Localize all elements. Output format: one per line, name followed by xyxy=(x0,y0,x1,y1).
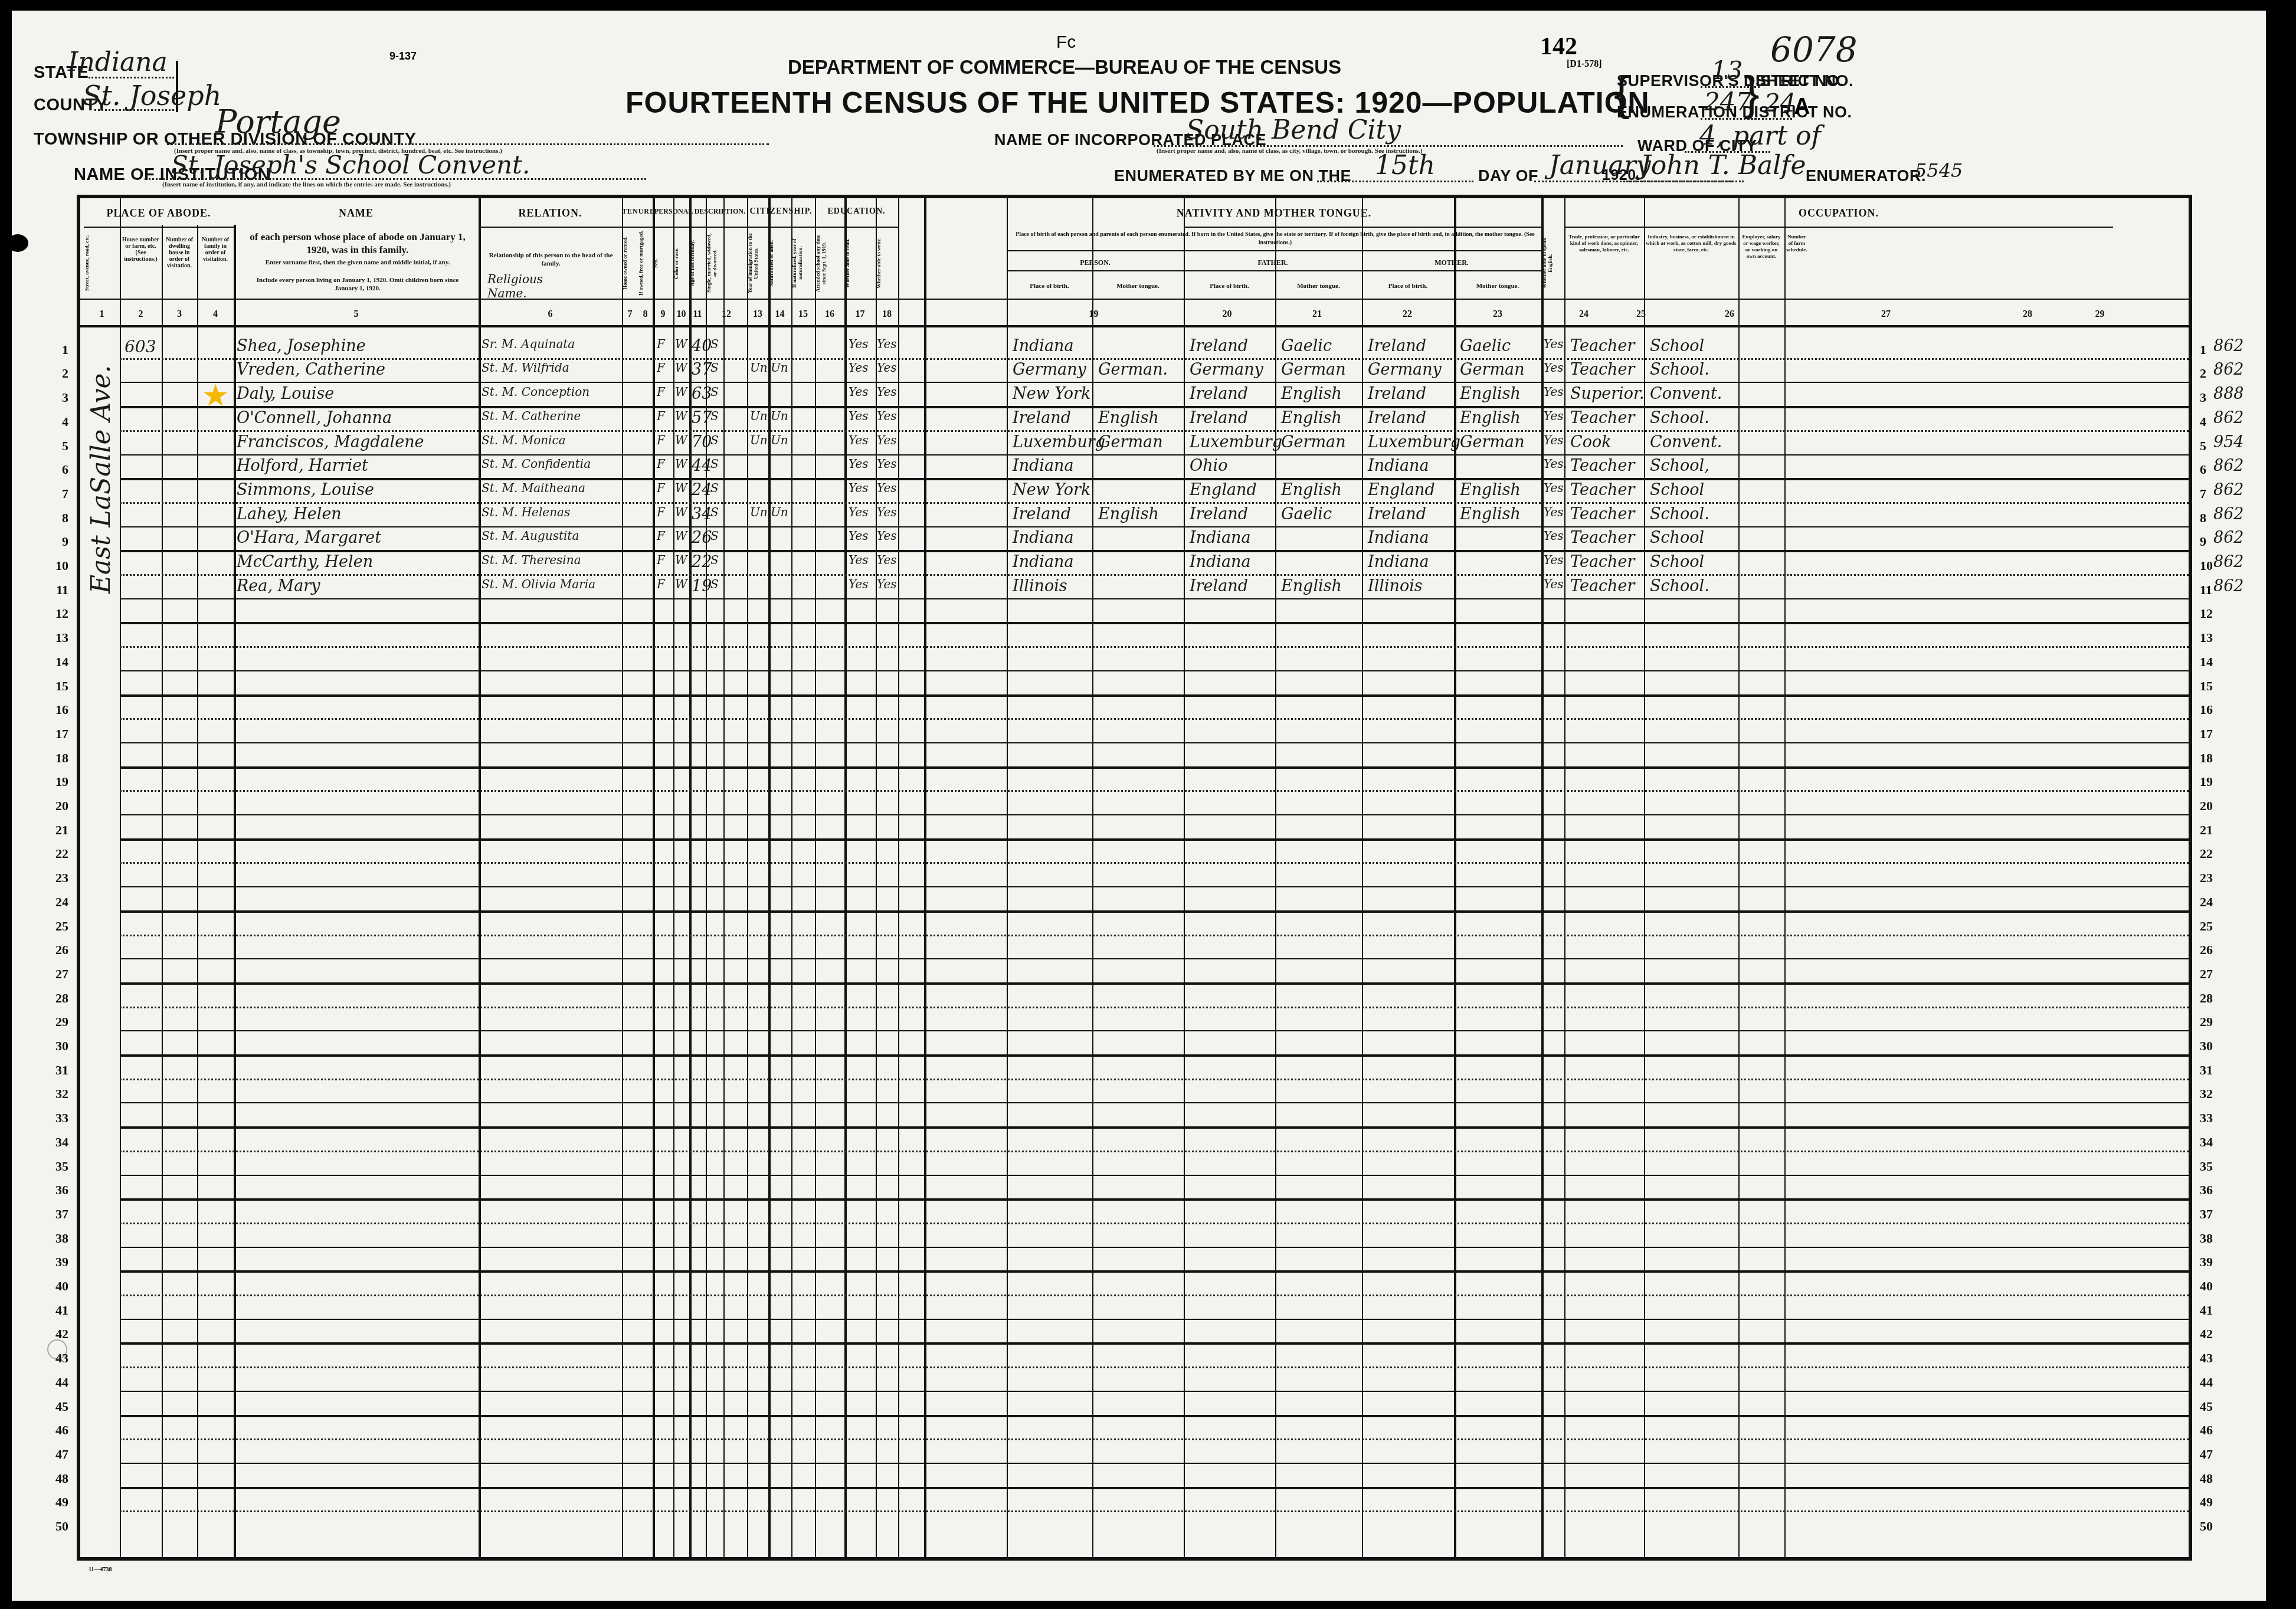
speaks-english-cell: Yes xyxy=(1544,409,1564,423)
punch-hole xyxy=(7,234,28,252)
line-number-right: 30 xyxy=(2200,1038,2223,1054)
line-number: 19 xyxy=(45,774,68,789)
write-cell: Yes. xyxy=(877,433,900,447)
column-number: 1 xyxy=(84,309,120,320)
group-underline xyxy=(1184,227,1541,228)
mother-birthplace-cell: England xyxy=(1368,481,1435,499)
line-number: 18 xyxy=(45,751,68,766)
industry-cell: School xyxy=(1650,337,1704,355)
line-number: 38 xyxy=(45,1231,68,1246)
column-number: 19 xyxy=(1007,309,1181,320)
supervisor-value: 13 xyxy=(1711,56,1743,85)
row-line xyxy=(120,526,2189,527)
birthplace-cell: Indiana xyxy=(1013,337,1074,355)
column-divider xyxy=(815,198,816,1557)
enumerator-label: ENUMERATOR. xyxy=(1806,167,1926,185)
speaks-english-cell: Yes xyxy=(1544,385,1564,399)
read-cell: Yes xyxy=(849,481,869,495)
father-birthplace-cell: Ireland xyxy=(1190,505,1248,523)
column-divider xyxy=(1184,198,1185,1557)
line-number-right: 38 xyxy=(2200,1231,2223,1246)
line-number: 33 xyxy=(45,1110,68,1126)
line-number-right: 45 xyxy=(2200,1399,2223,1414)
row-line xyxy=(120,1510,2189,1512)
relation-cell: Sr. M. Aquinata xyxy=(482,337,575,351)
column-label-c19: Place of birth. xyxy=(1007,282,1092,290)
institution-hint: (Insert name of institution, if any, and… xyxy=(162,181,451,188)
row-line xyxy=(120,1366,2189,1368)
mother-mother-tongue-cell: English xyxy=(1460,385,1521,403)
line-number: 17 xyxy=(45,726,68,742)
group-underline xyxy=(479,227,622,228)
mother-birthplace-cell: Indiana xyxy=(1368,553,1429,571)
row-line xyxy=(120,550,2189,552)
row-line xyxy=(120,670,2189,671)
birthplace-cell: New York xyxy=(1013,385,1090,403)
column-divider xyxy=(723,198,725,1557)
mother-birthplace-cell: Ireland xyxy=(1368,385,1426,403)
line-number-right: 22 xyxy=(2200,846,2223,861)
read-cell: Yes xyxy=(849,505,869,519)
write-cell: Yes xyxy=(877,385,897,399)
column-label-c22: Mother tongue. xyxy=(1275,282,1362,290)
trade-cell: Teacher xyxy=(1570,409,1635,427)
sex-cell: F xyxy=(657,505,665,519)
immigration-cell: Un xyxy=(750,409,768,423)
race-cell: W xyxy=(675,577,687,591)
row-line xyxy=(120,838,2189,841)
township-value: Portage xyxy=(215,103,341,140)
line-number: 27 xyxy=(45,966,68,982)
row-line xyxy=(120,1438,2189,1440)
column-number: 13 xyxy=(747,309,768,320)
line-number: 6 xyxy=(45,462,68,477)
line-number-right: 25 xyxy=(2200,919,2223,934)
birthplace-cell: Indiana xyxy=(1013,529,1074,547)
column-number: 16 xyxy=(815,309,844,320)
father-tongue-cell: German xyxy=(1281,361,1346,379)
occupation-code-cell: 862 xyxy=(2213,409,2244,427)
column-number: 7 xyxy=(622,309,638,320)
mother-birthplace-cell: Ireland xyxy=(1368,505,1426,523)
birthplace-cell: Germany xyxy=(1013,361,1086,379)
father-birthplace-cell: Ireland xyxy=(1190,337,1248,355)
row-line xyxy=(120,1223,2189,1224)
line-number: 45 xyxy=(45,1399,68,1414)
immigration-cell: Un xyxy=(750,505,768,519)
column-label-c20: Mother tongue. xyxy=(1092,282,1184,290)
occupation-code-cell: 862 xyxy=(2213,505,2244,523)
column-number: 21 xyxy=(1273,309,1361,320)
column-label-c17: Whether able to read. xyxy=(844,231,876,296)
column-label-c14: Naturalized or alien. xyxy=(768,231,791,296)
speaks-english-cell: Yes xyxy=(1544,361,1564,375)
industry-cell: School xyxy=(1650,481,1704,499)
trade-cell: Teacher xyxy=(1570,457,1635,475)
column-divider xyxy=(844,198,847,1557)
sex-cell: F xyxy=(657,457,665,471)
column-number: 25 xyxy=(1626,309,1656,320)
name-cell: Franciscos, Magdalene xyxy=(237,433,424,451)
column-label-c28: Employer, salary or wage worker, or work… xyxy=(1740,234,1783,260)
row-line xyxy=(120,982,2189,985)
row-line xyxy=(120,478,2189,480)
group-education: EDUCATION. xyxy=(815,207,898,217)
write-cell: Yes. xyxy=(877,481,900,495)
institution-value: St. Joseph's School Convent. xyxy=(171,150,530,179)
column-divider xyxy=(747,198,748,1557)
industry-cell: Convent. xyxy=(1650,385,1722,403)
row-line xyxy=(120,1126,2189,1129)
write-cell: Yes xyxy=(877,409,897,423)
stamp-prefix: Fc xyxy=(1056,32,1076,53)
mother-mother-tongue-cell: German xyxy=(1460,433,1525,451)
industry-cell: School. xyxy=(1650,505,1709,523)
group-relation: RELATION. xyxy=(479,207,622,219)
group-nativity: NATIVITY AND MOTHER TONGUE. xyxy=(1007,207,1541,219)
line-number-right: 29 xyxy=(2200,1014,2223,1030)
father-birthplace-cell: Indiana xyxy=(1190,553,1251,571)
name-description: of each person whose place of abode on J… xyxy=(245,231,470,257)
write-cell: Yes xyxy=(877,361,897,375)
speaks-english-cell: Yes. xyxy=(1544,457,1567,471)
mother-mother-tongue-cell: Gaelic xyxy=(1460,337,1511,355)
line-number-right: 40 xyxy=(2200,1279,2223,1294)
occupation-code-cell: 862 xyxy=(2213,361,2244,379)
column-number: 26 xyxy=(1656,309,1803,320)
row-line xyxy=(120,1391,2189,1392)
row-line xyxy=(120,406,2189,408)
column-label-c7: Home owned or rented. xyxy=(622,231,638,296)
race-cell: W xyxy=(675,385,687,399)
group-underline xyxy=(815,227,898,228)
name-cell: Shea, Josephine xyxy=(237,337,366,355)
mother-birthplace-cell: Ireland xyxy=(1368,409,1426,427)
column-divider xyxy=(924,198,926,1557)
name-cell: Holford, Harriet xyxy=(237,457,368,475)
form-code: 9-137 xyxy=(389,50,417,63)
trade-cell: Cook xyxy=(1570,433,1612,451)
column-divider xyxy=(1007,198,1008,1557)
nativity-subline xyxy=(1007,250,1541,251)
column-divider xyxy=(479,198,481,1557)
birthplace-cell: Illinois xyxy=(1013,577,1067,595)
speaks-english-cell: Yes xyxy=(1544,433,1564,447)
column-number: 9 xyxy=(653,309,673,320)
marital-cell: S xyxy=(710,481,719,495)
write-cell: Yes xyxy=(877,337,897,351)
corner-note: 6078 xyxy=(1770,30,1858,70)
occupation-code-cell: 862 xyxy=(2213,337,2244,355)
column-number: 4 xyxy=(197,309,234,320)
relation-cell: St. M. Augustita xyxy=(482,529,579,543)
department-title: DEPARTMENT OF COMMERCE—BUREAU OF THE CEN… xyxy=(788,56,1341,78)
column-number: 27 xyxy=(1803,309,1969,320)
group-underline xyxy=(84,227,234,228)
relation-cell: St. M. Catherine xyxy=(482,409,581,423)
line-number-right: 23 xyxy=(2200,870,2223,886)
day-of-label: DAY OF xyxy=(1478,167,1538,185)
industry-cell: School xyxy=(1650,553,1704,571)
speaks-english-cell: Yes xyxy=(1544,481,1564,495)
line-number: 22 xyxy=(45,846,68,861)
subgroup-mother: MOTHER. xyxy=(1362,258,1541,267)
write-cell: Yes xyxy=(877,457,897,471)
line-number-right: 27 xyxy=(2200,966,2223,982)
line-number-right: 43 xyxy=(2200,1351,2223,1366)
marital-cell: S xyxy=(710,433,719,447)
row-line xyxy=(120,1487,2189,1489)
line-number-right: 16 xyxy=(2200,702,2223,717)
column-label-c2: House number or farm, etc. (See instruct… xyxy=(121,237,161,263)
row-line xyxy=(120,790,2189,792)
column-divider xyxy=(673,198,674,1557)
speaks-english-cell: Yes xyxy=(1544,529,1564,543)
column-divider xyxy=(622,198,623,1557)
race-cell: W xyxy=(675,361,687,375)
name-cell: Lahey, Helen xyxy=(237,505,342,523)
line-number-right: 47 xyxy=(2200,1447,2223,1462)
line-number-right: 42 xyxy=(2200,1326,2223,1342)
group-underline xyxy=(1564,227,2113,228)
column-label-c13: Year of immigration to the United States… xyxy=(747,231,768,296)
birthplace-cell: Indiana xyxy=(1013,553,1074,571)
father-tongue-cell: English xyxy=(1281,409,1342,427)
column-number: 2 xyxy=(120,309,162,320)
ward-value: 4, part of xyxy=(1699,121,1821,151)
line-number-right: 17 xyxy=(2200,726,2223,742)
column-label-c10: Color or race. xyxy=(673,231,689,296)
age-cell: 34 xyxy=(692,505,712,523)
sex-cell: F xyxy=(657,553,665,567)
row-line xyxy=(120,1198,2189,1201)
marital-cell: S xyxy=(710,529,719,543)
group-place-of-abode: PLACE OF ABODE. xyxy=(84,207,234,219)
write-cell: Yes xyxy=(877,577,897,591)
row-line xyxy=(120,358,2189,360)
column-label-c15: If naturalized, year of naturalization. xyxy=(791,231,815,296)
group-underline xyxy=(622,227,653,228)
age-cell: 19 xyxy=(692,577,712,595)
column-number: 10 xyxy=(673,309,689,320)
column-label-c24: Mother tongue. xyxy=(1454,282,1541,290)
marital-cell: S xyxy=(710,505,719,519)
line-number-right: 41 xyxy=(2200,1303,2223,1318)
column-divider xyxy=(162,225,163,1557)
row-line xyxy=(120,766,2189,769)
speaks-english-cell: Yes xyxy=(1544,505,1564,519)
mother-tongue-cell: English xyxy=(1098,409,1159,427)
mother-tongue-cell: English xyxy=(1098,505,1159,523)
line-number: 34 xyxy=(45,1135,68,1150)
column-number: 6 xyxy=(479,309,622,320)
name-cell: Simmons, Louise xyxy=(237,481,374,499)
line-number: 1 xyxy=(45,342,68,358)
relation-cell: St. M. Conception xyxy=(482,385,589,399)
nativity-subline xyxy=(1007,270,1541,271)
line-number: 2 xyxy=(45,366,68,381)
mother-tongue-cell: German. xyxy=(1098,361,1168,379)
group-citizenship: CITIZENSHIP. xyxy=(747,207,815,217)
relation-cell: St. M. Confidentia xyxy=(482,457,591,471)
group-underline xyxy=(653,227,747,228)
row-line xyxy=(120,1175,2189,1176)
trade-cell: Teacher xyxy=(1570,577,1635,595)
column-number: 29 xyxy=(2087,309,2113,320)
line-number: 37 xyxy=(45,1207,68,1222)
mother-mother-tongue-cell: English xyxy=(1460,505,1521,523)
column-divider xyxy=(768,198,771,1557)
father-birthplace-cell: England xyxy=(1190,481,1257,499)
subgroup-person: PERSON. xyxy=(1007,258,1184,267)
line-number: 41 xyxy=(45,1303,68,1318)
speaks-english-cell: Yes xyxy=(1544,553,1564,567)
row-line xyxy=(120,742,2189,743)
line-number: 7 xyxy=(45,486,68,502)
line-number: 5 xyxy=(45,438,68,454)
read-cell: Yes xyxy=(849,577,869,591)
column-label-c1: Street, avenue, road, etc. xyxy=(84,231,120,296)
relation-cell: St. M. Maitheana xyxy=(482,481,585,495)
line-number-right: 39 xyxy=(2200,1254,2223,1270)
father-birthplace-cell: Ireland xyxy=(1190,409,1248,427)
trade-cell: Superior. xyxy=(1570,385,1644,403)
row-line xyxy=(120,718,2189,720)
census-table: 1122334455667788991010111112121313141415… xyxy=(77,195,2192,1561)
race-cell: W xyxy=(675,505,687,519)
write-cell: Yes xyxy=(877,553,897,567)
group-underline xyxy=(747,227,815,228)
occupation-code-cell: 888 xyxy=(2213,385,2244,403)
line-number: 24 xyxy=(45,894,68,910)
row-line xyxy=(120,1295,2189,1296)
enumerated-day: 15th xyxy=(1375,150,1435,181)
line-number-right: 28 xyxy=(2200,991,2223,1006)
father-birthplace-cell: Ireland xyxy=(1190,577,1248,595)
row-line xyxy=(120,886,2189,887)
name-cell: McCarthy, Helen xyxy=(237,553,373,571)
line-number-right: 48 xyxy=(2200,1471,2223,1486)
relation-cell: St. M. Olivia Maria xyxy=(482,577,595,591)
read-cell: Yes xyxy=(849,409,869,423)
line-number: 8 xyxy=(45,510,68,526)
row-line xyxy=(120,574,2189,576)
sheet-side: A xyxy=(1794,94,1810,120)
subgroup-father: FATHER. xyxy=(1184,258,1362,267)
line-number-right: 21 xyxy=(2200,822,2223,838)
column-divider xyxy=(876,198,877,1557)
column-number: 28 xyxy=(1969,309,2087,320)
industry-cell: School. xyxy=(1650,409,1709,427)
relation-cell: St. M. Monica xyxy=(482,433,566,447)
mother-birthplace-cell: Illinois xyxy=(1368,577,1423,595)
father-birthplace-cell: Germany xyxy=(1190,361,1263,379)
line-number-right: 49 xyxy=(2200,1495,2223,1510)
column-label-c16: Attended school any time since Sept. 1, … xyxy=(815,231,844,296)
name-cell: Vreden, Catherine xyxy=(237,361,385,379)
line-number: 29 xyxy=(45,1014,68,1030)
line-number: 32 xyxy=(45,1086,68,1102)
read-cell: Yes xyxy=(849,433,869,447)
read-cell: Yes xyxy=(849,337,869,351)
line-number: 31 xyxy=(45,1063,68,1078)
line-number-right: 36 xyxy=(2200,1182,2223,1198)
mother-birthplace-cell: Ireland xyxy=(1368,337,1426,355)
occupation-code-cell: 862 xyxy=(2213,529,2244,547)
age-cell: 24 xyxy=(692,481,712,499)
race-cell: W xyxy=(675,553,687,567)
line-number-right: 12 xyxy=(2200,606,2223,621)
line-number: 30 xyxy=(45,1038,68,1054)
column-divider xyxy=(234,225,236,1557)
row-line xyxy=(120,1151,2189,1152)
trade-cell: Teacher xyxy=(1570,481,1635,499)
bottom-code: 11—4738 xyxy=(89,1567,112,1573)
line-number: 25 xyxy=(45,919,68,934)
line-number: 15 xyxy=(45,679,68,694)
line-number: 39 xyxy=(45,1254,68,1270)
doc-code: [D1-578] xyxy=(1567,59,1602,70)
line-number: 42 xyxy=(45,1326,68,1342)
column-number: 11 xyxy=(689,309,706,320)
line-number: 40 xyxy=(45,1279,68,1294)
line-number-right: 15 xyxy=(2200,679,2223,694)
father-tongue-cell: Gaelic xyxy=(1281,337,1332,355)
row-line xyxy=(120,814,2189,815)
row-line xyxy=(120,1079,2189,1080)
relation-description: Relationship of this person to the head … xyxy=(487,251,614,268)
column-label-c4: Number of family in order of visitation. xyxy=(198,237,232,263)
row-line xyxy=(120,694,2189,697)
father-tongue-cell: English xyxy=(1281,385,1342,403)
trade-cell: Teacher xyxy=(1570,505,1635,523)
line-number: 4 xyxy=(45,414,68,430)
column-label-c18: Whether able to write. xyxy=(876,231,898,296)
relation-note: Religious Name. xyxy=(487,272,546,300)
line-number: 3 xyxy=(45,390,68,405)
row-line xyxy=(120,1102,2189,1103)
age-cell: 44 xyxy=(692,457,712,475)
header-bottom-line xyxy=(80,325,2189,327)
name-instruction: Include every person living on January 1… xyxy=(245,276,470,293)
line-number: 23 xyxy=(45,870,68,886)
row-line xyxy=(120,502,2189,504)
read-cell: Yes xyxy=(849,553,869,567)
column-label-c9: Sex. xyxy=(653,231,673,296)
row-line xyxy=(120,622,2189,624)
column-divider xyxy=(1092,198,1093,1557)
group-occupation: OCCUPATION. xyxy=(1564,207,2113,219)
row-line xyxy=(120,1270,2189,1273)
column-divider xyxy=(1454,198,1456,1557)
father-tongue-cell: English xyxy=(1281,577,1342,595)
row-line xyxy=(120,935,2189,936)
column-divider xyxy=(1275,198,1276,1557)
column-number: 8 xyxy=(638,309,653,320)
line-number-right: 26 xyxy=(2200,942,2223,958)
column-divider xyxy=(197,225,198,1557)
trade-cell: Teacher xyxy=(1570,361,1635,379)
column-number: 23 xyxy=(1454,309,1541,320)
sheet-label: SHEET NO. xyxy=(1755,72,1844,90)
county-value: St. Joseph xyxy=(83,80,221,112)
column-divider xyxy=(1541,198,1544,1557)
immigration-cell: Un xyxy=(750,433,768,447)
column-label-c11: Age at last birthday. xyxy=(689,231,706,296)
column-number: 14 xyxy=(768,309,791,320)
column-label-c27: Industry, business, or establishment in … xyxy=(1646,234,1737,253)
column-number: 20 xyxy=(1181,309,1273,320)
